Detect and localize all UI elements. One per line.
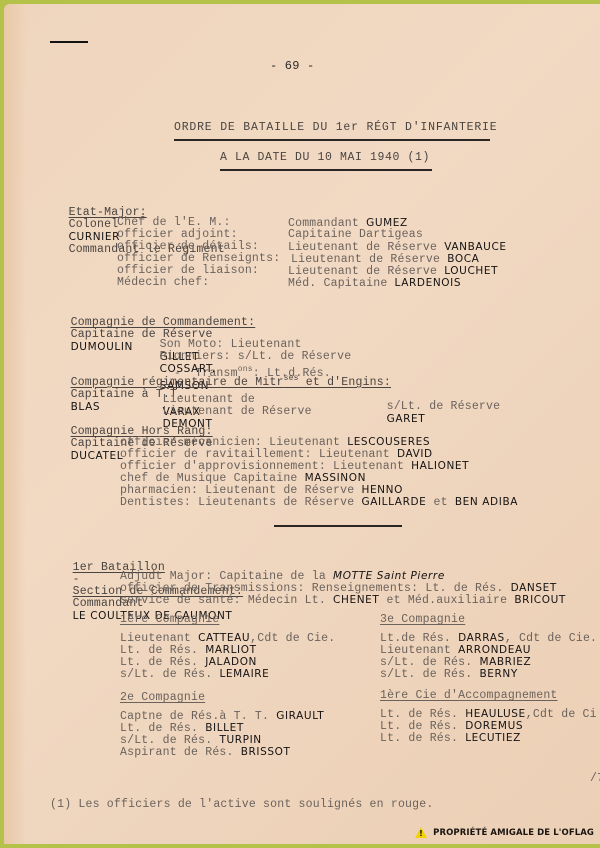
section-divider <box>274 525 402 527</box>
ink-mark <box>50 41 88 43</box>
page-number: - 69 - <box>270 60 314 72</box>
title-line-1: ORDRE DE BATAILLE DU 1er RÉGT D'INFANTER… <box>174 122 497 134</box>
footnote: (1) Les officiers de l'active sont souli… <box>50 799 433 811</box>
watermark-badge: ! PROPRIÉTÉ AMIGALE DE L'OFLAG <box>415 827 594 838</box>
officer-name: CURNIER <box>69 231 120 243</box>
title-underline-1 <box>174 139 490 141</box>
continuation-mark: /7 <box>590 773 600 785</box>
warning-icon: ! <box>415 827 427 838</box>
company-title: 1ère Cie d'Accompagnement <box>380 690 558 702</box>
company-title: 2e Compagnie <box>120 692 205 704</box>
title-underline-2 <box>220 169 432 171</box>
document-page: - 69 - ORDRE DE BATAILLE DU 1er RÉGT D'I… <box>4 4 600 844</box>
company-title: 3e Compagnie <box>380 614 465 626</box>
company-title: 1ère Compagnie <box>120 614 219 626</box>
title-line-2: A LA DATE DU 10 MAI 1940 (1) <box>220 152 430 164</box>
watermark-text: PROPRIÉTÉ AMIGALE DE L'OFLAG <box>433 828 594 838</box>
